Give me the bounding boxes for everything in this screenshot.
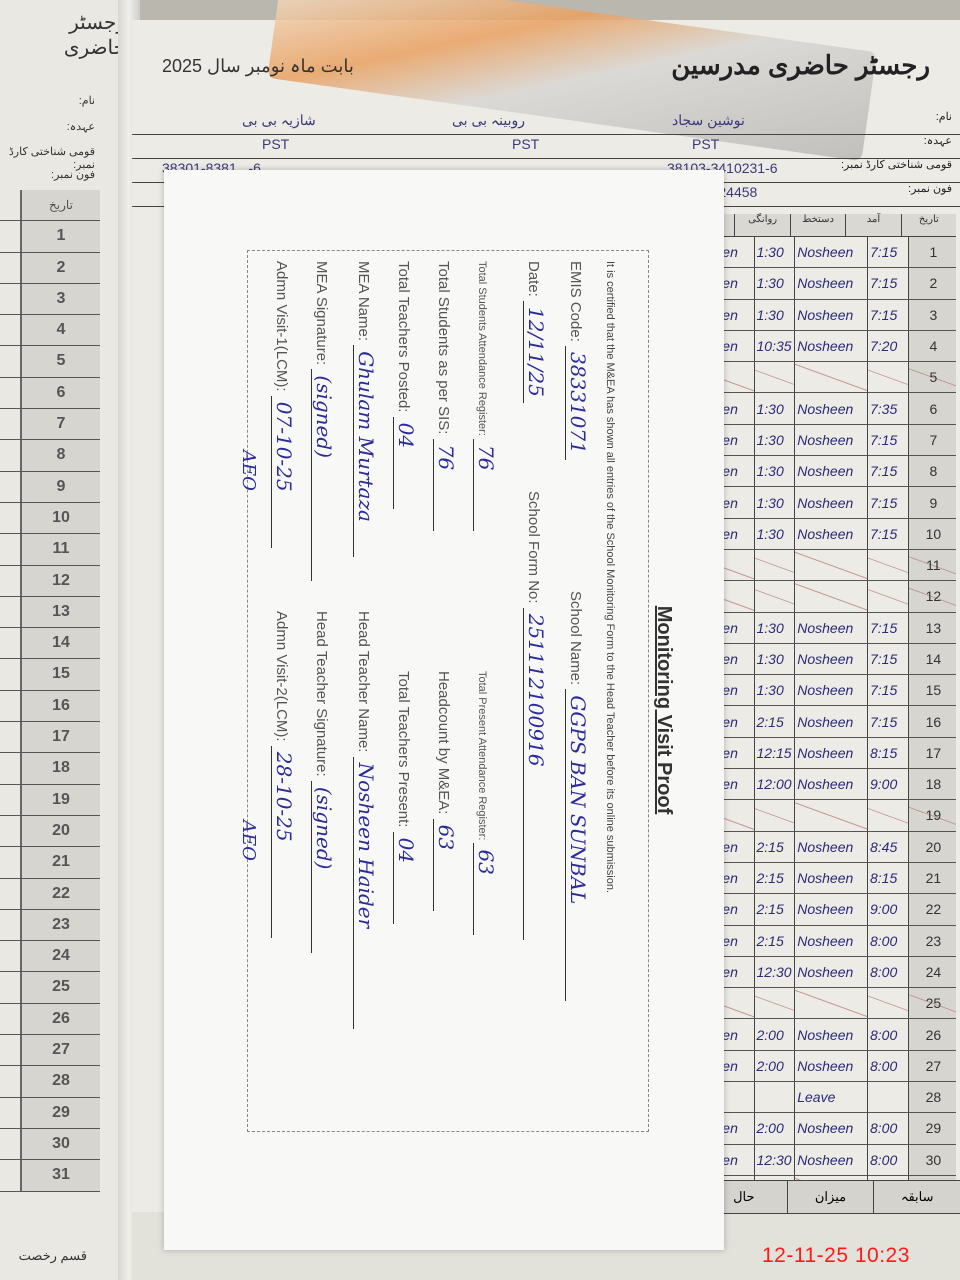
teacher-1-designation: PST [692,134,719,158]
left-date-header: تاریخ [0,190,100,221]
head-teacher-name-field: Head Teacher Name: Nosheen Haider [353,611,378,1029]
teacher-2-name: روبینہ بی بی [452,110,525,134]
departure-time: 2:15 [754,832,795,862]
date-label: Date: [525,261,542,297]
arrival-signature: Nosheen [794,331,867,361]
date-header-label: تاریخ [22,190,100,220]
date-number: 28 [22,1066,100,1096]
arrival-signature [794,362,867,392]
departure-time: 1:30 [754,613,795,643]
arrival-signature: Nosheen [794,926,867,956]
left-date-row: 27 [0,1035,100,1066]
left-date-row: 19 [0,785,100,816]
headcount-label: Headcount by M&EA: [435,671,452,814]
departure-time: 1:30 [754,268,795,298]
date-number: 3 [908,300,956,330]
arrival-signature: Nosheen [794,1145,867,1175]
mea-signature-field: MEA Signature: (signed) [311,261,336,581]
present-register-label: Total Present Attendance Register: [476,671,488,840]
school-name-field: School Name: GGPS BAN SUNBAL [565,591,590,1001]
date-number: 2 [908,268,956,298]
date-number: 25 [22,972,100,1002]
head-teacher-signature-value: (signed) [311,781,336,953]
present-register-value: 63 [473,843,498,935]
slip-title: Monitoring Visit Proof [652,210,675,1210]
arrival-time: 8:00 [867,1145,908,1175]
emis-code-label: EMIS Code: [567,261,584,342]
monitoring-visit-slip: Monitoring Visit Proof It is certified t… [164,170,724,1250]
arrival-time: 7:15 [867,675,908,705]
date-number: 6 [22,378,100,408]
arrival-time [867,988,908,1018]
slip-form-box: It is certified that the M&EA has shown … [247,250,649,1132]
arrival-signature: Nosheen [794,675,867,705]
arrival-signature: Nosheen [794,769,867,799]
left-register-page: رجسٹر حاضری نام: عہدہ: قومی شناختی کارڈ … [0,0,135,1280]
students-register-label: Total Students Attendance Register: [476,261,488,436]
departure-time: 1:30 [754,644,795,674]
left-date-row: 14 [0,628,100,659]
left-date-row: 4 [0,315,100,346]
date-number: 23 [22,910,100,940]
left-date-row: 20 [0,816,100,847]
left-date-row: 7 [0,409,100,440]
departure-time: 2:15 [754,894,795,924]
arrival-time: 7:15 [867,706,908,736]
departure-time [754,1082,795,1112]
left-date-row: 8 [0,440,100,471]
date-number: 26 [908,1019,956,1049]
left-page-header: رجسٹر حاضری [6,10,126,60]
departure-time [754,362,795,392]
teachers-present-field: Total Teachers Present: 04 [393,671,418,924]
date-number: 27 [22,1035,100,1065]
arrival-time [867,1082,908,1112]
left-date-row: 11 [0,534,100,565]
departure-time [754,550,795,580]
date-number: 11 [908,550,956,580]
date-number: 8 [908,456,956,486]
school-form-no-field: School Form No: 251112100916 [523,491,548,940]
date-number: 17 [22,722,100,752]
departure-time [754,581,795,611]
arrival-time: 8:00 [867,1051,908,1081]
teacher-3-designation: PST [262,134,289,158]
teacher-designation-row: PST PST PST عہدہ: [132,134,960,159]
left-date-row: 3 [0,284,100,315]
left-date-row: 26 [0,1004,100,1035]
arrival-time: 9:00 [867,894,908,924]
date-number: 20 [22,816,100,846]
arrival-time: 7:15 [867,487,908,517]
arrival-time: 7:15 [867,613,908,643]
admin-visit-2-field: Admn Visit-2(LCM): 28-10-25 [271,611,296,938]
date-number: 24 [22,941,100,971]
left-date-row: 29 [0,1098,100,1129]
arrival-signature: Nosheen [794,1019,867,1049]
col-departure: روانگی [734,214,789,236]
departure-time: 2:00 [754,1051,795,1081]
date-number: 23 [908,926,956,956]
left-date-row: 22 [0,879,100,910]
left-date-row: 2 [0,253,100,284]
arrival-signature: Nosheen [794,957,867,987]
headcount-field: Headcount by M&EA: 63 [433,671,458,911]
date-number: 15 [908,675,956,705]
cnic-label: قومی شناختی کارڈ نمبر: [841,158,952,171]
arrival-time: 7:35 [867,393,908,423]
leave-type-label: قسم رخصت [19,1248,87,1264]
arrival-signature [794,550,867,580]
arrival-signature: Nosheen [794,894,867,924]
school-form-no-label: School Form No: [525,491,542,604]
date-number: 16 [908,706,956,736]
date-number: 12 [22,566,100,596]
admin-visit-2-value: 28-10-25 [271,746,296,938]
admin-visit-2-label: Admn Visit-2(LCM): [273,611,290,742]
date-number: 16 [22,691,100,721]
head-teacher-name-value: Nosheen Haider [353,757,378,1029]
arrival-time: 7:15 [867,519,908,549]
left-date-row: 5 [0,346,100,377]
arrival-signature: Nosheen [794,456,867,486]
arrival-signature [794,988,867,1018]
arrival-signature: Nosheen [794,268,867,298]
left-date-row: 6 [0,378,100,409]
students-register-field: Total Students Attendance Register: 76 [473,261,498,531]
departure-time: 10:35 [754,331,795,361]
arrival-time: 8:00 [867,1019,908,1049]
date-number: 1 [908,237,956,267]
left-date-row: 15 [0,659,100,690]
arrival-signature: Nosheen [794,706,867,736]
date-number: 22 [908,894,956,924]
date-number: 19 [908,800,956,830]
col-arrival: آمد [845,214,900,236]
arrival-signature: Nosheen [794,237,867,267]
arrival-time: 8:15 [867,863,908,893]
arrival-signature: Nosheen [794,863,867,893]
totals-header: سابقہ میزان حال [700,1180,960,1214]
arrival-signature: Leave [794,1082,867,1112]
date-number: 15 [22,659,100,689]
col-signature-in: دستخط [790,214,845,236]
date-number: 18 [908,769,956,799]
departure-time: 2:15 [754,926,795,956]
departure-time: 2:15 [754,706,795,736]
arrival-signature: Nosheen [794,613,867,643]
date-number: 26 [22,1004,100,1034]
arrival-signature: Nosheen [794,644,867,674]
departure-time [754,988,795,1018]
departure-time: 1:30 [754,425,795,455]
teachers-posted-field: Total Teachers Posted: 04 [393,261,418,509]
arrival-time: 9:00 [867,769,908,799]
left-date-row: 18 [0,753,100,784]
arrival-time: 8:00 [867,957,908,987]
date-number: 29 [908,1113,956,1143]
departure-time [754,800,795,830]
school-name-value: GGPS BAN SUNBAL [565,689,590,1001]
date-number: 20 [908,832,956,862]
date-number: 25 [908,988,956,1018]
date-number: 14 [22,628,100,658]
date-number: 21 [22,847,100,877]
date-value: 12/11/25 [523,301,548,403]
mea-signature-value: (signed) [311,369,336,581]
students-sis-value: 76 [433,439,458,531]
departure-time: 12:15 [754,738,795,768]
arrival-signature: Nosheen [794,1113,867,1143]
designation-label: عہدہ: [67,120,95,133]
admin-visit-1-label: Admn Visit-1(LCM): [273,261,290,392]
date-number: 27 [908,1051,956,1081]
teacher-2-designation: PST [512,134,539,158]
date-number: 28 [908,1082,956,1112]
date-number: 7 [22,409,100,439]
arrival-time [867,800,908,830]
date-number: 5 [908,362,956,392]
date-number: 12 [908,581,956,611]
departure-time: 1:30 [754,456,795,486]
left-date-row: 28 [0,1066,100,1097]
register-title: رجسٹر حاضری مدرسین [671,50,930,81]
departure-time: 1:30 [754,487,795,517]
arrival-signature: Nosheen [794,393,867,423]
arrival-signature [794,581,867,611]
teacher-3-name: شازیہ بی بی [242,110,316,134]
teacher-name-row: نوشین سجاد روبینہ بی بی شازیہ بی بی نام: [132,110,960,135]
date-number: 4 [908,331,956,361]
arrival-signature: Nosheen [794,425,867,455]
left-date-row: 24 [0,941,100,972]
arrival-time [867,362,908,392]
school-name-label: School Name: [567,591,584,685]
date-number: 13 [22,597,100,627]
departure-time: 2:00 [754,1019,795,1049]
arrival-signature: Nosheen [794,487,867,517]
students-register-value: 76 [473,439,498,531]
left-date-row: 12 [0,566,100,597]
left-date-row: 31 [0,1160,100,1191]
departure-time: 2:15 [754,863,795,893]
date-number: 3 [22,284,100,314]
arrival-signature: Nosheen [794,832,867,862]
date-number: 10 [908,519,956,549]
left-date-column: تاریخ12345678910111213141516171819202122… [0,190,100,1192]
date-number: 21 [908,863,956,893]
head-teacher-name-label: Head Teacher Name: [355,611,372,752]
register-month-year: بابت ماہ نومبر سال 2025 [162,56,354,77]
departure-time: 1:30 [754,393,795,423]
departure-time: 2:00 [754,1113,795,1143]
left-date-row: 17 [0,722,100,753]
head-teacher-signature-label: Head Teacher Signature: [313,611,330,777]
teachers-posted-value: 04 [393,417,418,509]
arrival-time: 7:15 [867,300,908,330]
left-date-row: 9 [0,472,100,503]
date-number: 31 [22,1160,100,1190]
arrival-time [867,581,908,611]
school-form-no-value: 251112100916 [523,608,548,940]
arrival-time: 8:00 [867,1113,908,1143]
left-date-row: 25 [0,972,100,1003]
arrival-time: 8:15 [867,738,908,768]
date-number: 6 [908,393,956,423]
date-field: Date: 12/11/25 [523,261,548,403]
date-number: 7 [908,425,956,455]
date-number: 30 [22,1129,100,1159]
students-sis-label: Total Students as per SIS: [435,261,452,434]
departure-time: 1:30 [754,300,795,330]
departure-time: 12:00 [754,769,795,799]
date-number: 17 [908,738,956,768]
designation-label: عہدہ: [924,134,952,147]
arrival-time: 7:15 [867,425,908,455]
visit-2-aeo: AEO [238,820,259,861]
photo-timestamp: 12-11-25 10:23 [762,1244,910,1268]
arrival-signature: Nosheen [794,738,867,768]
arrival-time: 7:15 [867,237,908,267]
previous-total-label: سابقہ [873,1181,960,1213]
departure-time: 1:30 [754,237,795,267]
arrival-time: 7:15 [867,644,908,674]
date-number: 22 [22,879,100,909]
teachers-present-label: Total Teachers Present: [395,671,412,827]
date-number: 10 [22,503,100,533]
certification-text: It is certified that the M&EA has shown … [604,261,616,893]
admin-visit-1-value: 07-10-25 [271,396,296,548]
arrival-time: 8:00 [867,926,908,956]
left-date-row: 1 [0,221,100,252]
date-number: 18 [22,753,100,783]
mea-name-field: MEA Name: Ghulam Murtaza [353,261,378,557]
teacher-1-name: نوشین سجاد [672,110,745,134]
date-number: 14 [908,644,956,674]
departure-time: 12:30 [754,1145,795,1175]
emis-code-value: 38331071 [565,346,590,460]
date-number: 29 [22,1098,100,1128]
arrival-signature: Nosheen [794,1051,867,1081]
date-number: 9 [22,472,100,502]
date-number: 13 [908,613,956,643]
teachers-posted-label: Total Teachers Posted: [395,261,412,412]
mea-name-value: Ghulam Murtaza [353,345,378,557]
students-sis-field: Total Students as per SIS: 76 [433,261,458,531]
arrival-time: 7:15 [867,268,908,298]
left-date-row: 30 [0,1129,100,1160]
arrival-time: 7:20 [867,331,908,361]
mea-name-label: MEA Name: [355,261,372,341]
name-label: نام: [79,94,95,107]
date-number: 1 [22,221,100,251]
arrival-signature [794,800,867,830]
date-number: 5 [22,346,100,376]
date-number: 9 [908,487,956,517]
arrival-time: 7:15 [867,456,908,486]
name-label: نام: [936,110,952,123]
arrival-signature: Nosheen [794,519,867,549]
left-date-row: 23 [0,910,100,941]
admin-visit-1-field: Admn Visit-1(LCM): 07-10-25 [271,261,296,548]
grand-total-label: میزان [787,1181,874,1213]
head-teacher-signature-field: Head Teacher Signature: (signed) [311,611,336,953]
left-date-row: 16 [0,691,100,722]
emis-code-field: EMIS Code: 38331071 [565,261,590,460]
date-number: 30 [908,1145,956,1175]
headcount-value: 63 [433,819,458,911]
departure-time: 12:30 [754,957,795,987]
date-number: 24 [908,957,956,987]
date-number: 19 [22,785,100,815]
date-number: 4 [22,315,100,345]
date-number: 11 [22,534,100,564]
date-number: 8 [22,440,100,470]
phone-label: فون نمبر: [908,182,952,195]
left-date-row: 21 [0,847,100,878]
date-number: 2 [22,253,100,283]
departure-time: 1:30 [754,519,795,549]
present-register-field: Total Present Attendance Register: 63 [473,671,498,935]
left-date-row: 10 [0,503,100,534]
phone-label: فون نمبر: [51,168,95,181]
teachers-present-value: 04 [393,832,418,924]
arrival-time: 8:45 [867,832,908,862]
visit-1-aeo: AEO [238,450,259,491]
left-date-row: 13 [0,597,100,628]
arrival-time [867,550,908,580]
departure-time: 1:30 [754,675,795,705]
arrival-signature: Nosheen [794,300,867,330]
mea-signature-label: MEA Signature: [313,261,330,365]
col-date: تاریخ [901,214,956,236]
